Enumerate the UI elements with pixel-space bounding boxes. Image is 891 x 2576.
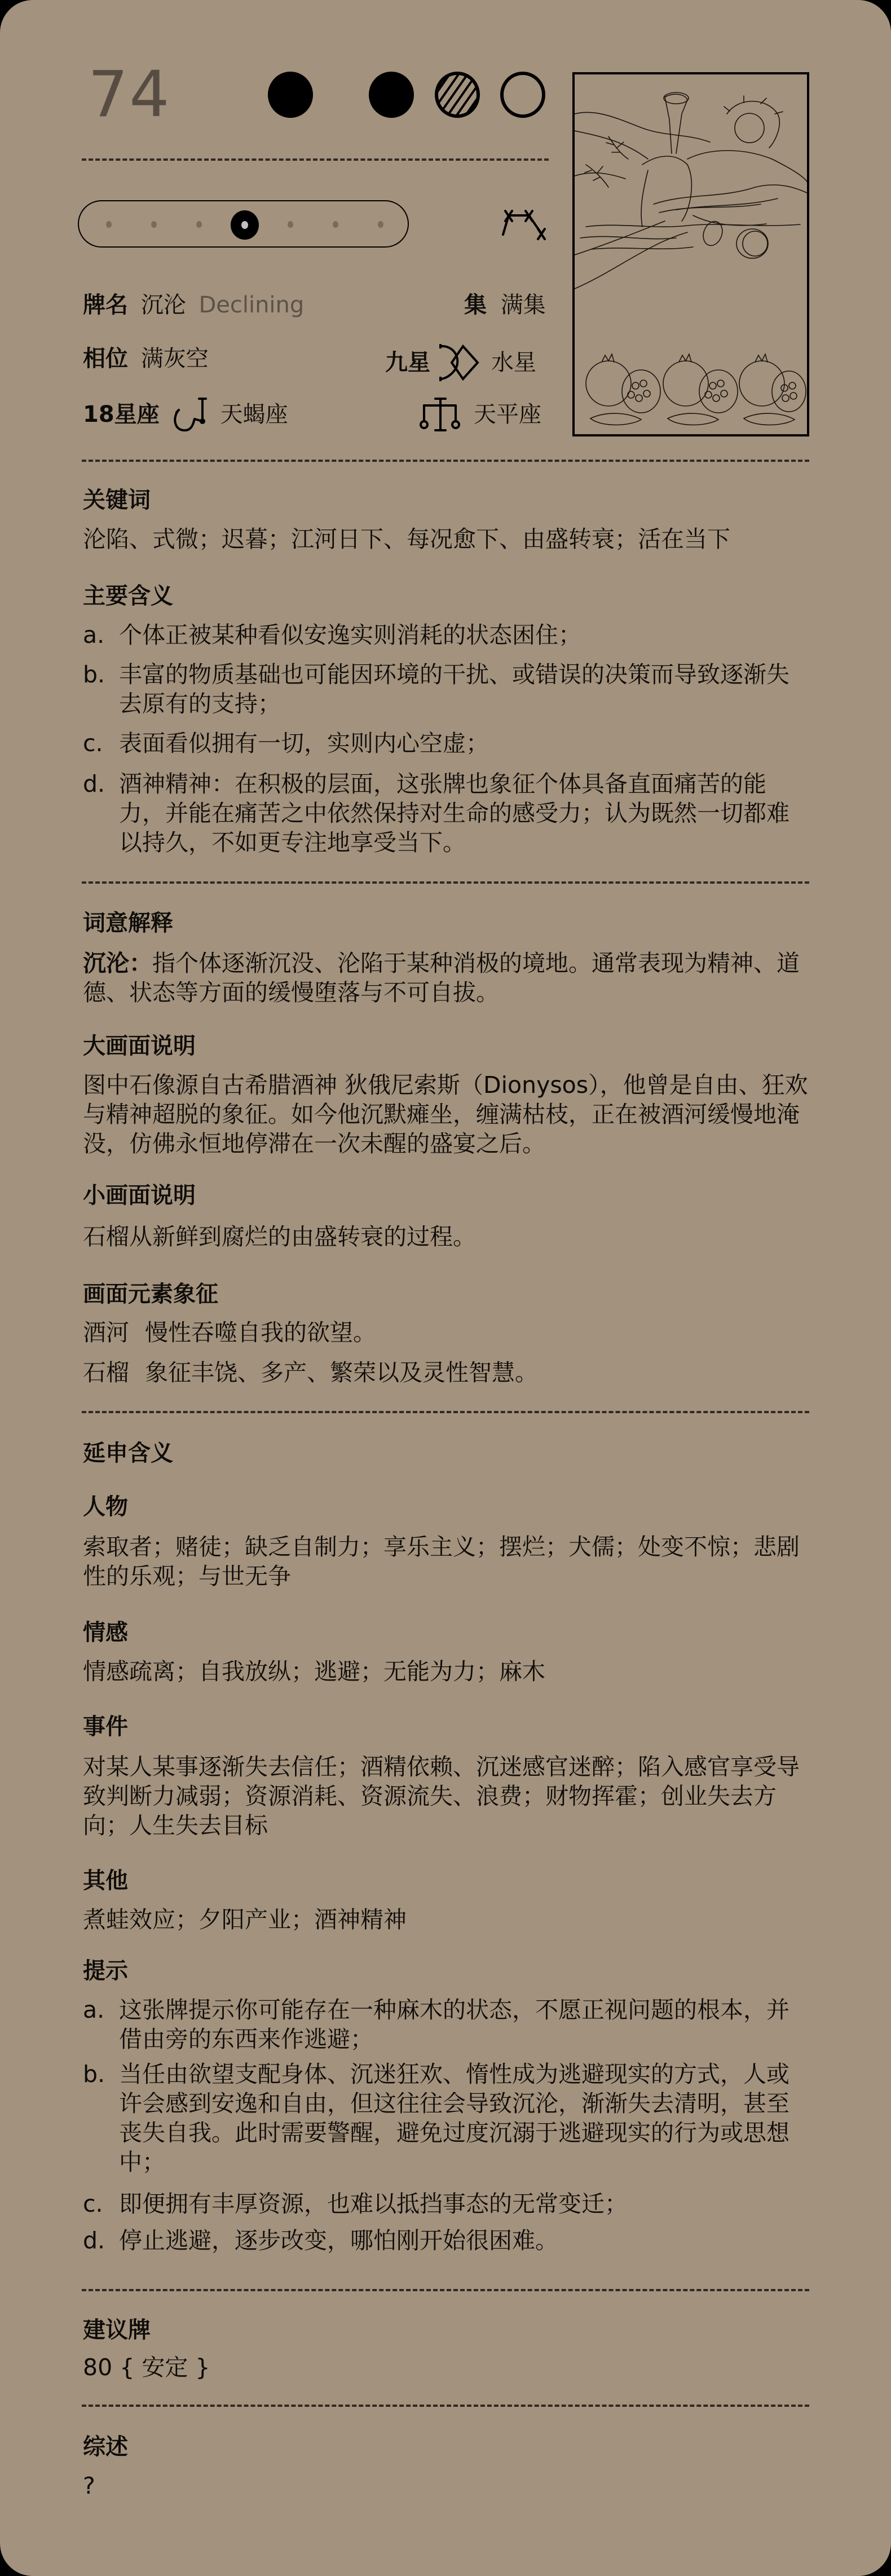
summary-heading: 综述 xyxy=(83,2432,128,2462)
position-slider[interactable] xyxy=(78,200,409,248)
zodiac-value-libra: 天平座 xyxy=(474,399,541,430)
summary-text: ? xyxy=(83,2471,810,2500)
symbols-heading: 画面元素象征 xyxy=(83,1279,218,1309)
list-text: 即便拥有丰厚资源，也难以抵挡事态的无常变迁； xyxy=(119,2190,628,2217)
other-text: 煮蛙效应；夕阳产业；酒神精神 xyxy=(83,1905,810,1934)
scorpio-icon xyxy=(171,396,210,433)
card-name-row: 牌名 沉沦 Declining xyxy=(83,289,304,321)
list-text: 表面看似拥有一切，实则内心空虚； xyxy=(119,730,489,757)
list-marker: a. xyxy=(83,1995,104,2024)
word-meaning-text: 沉沦：指个体逐渐沉没、沦陷于某种消极的境地。通常表现为精神、道德、状态等方面的缓… xyxy=(83,949,810,1007)
slider-dot[interactable] xyxy=(106,221,112,228)
hint-item: d. 停止逃避，逐步改变，哪怕刚开始很困难。 xyxy=(83,2226,810,2255)
list-marker: b. xyxy=(83,660,105,689)
card-name-label: 牌名 xyxy=(83,292,128,318)
small-picture-heading: 小画面说明 xyxy=(83,1180,196,1211)
symbol-term: 酒河 xyxy=(83,1318,145,1347)
divider xyxy=(82,2289,809,2291)
main-meaning-heading: 主要含义 xyxy=(83,581,173,611)
zodiac-value-scorpio: 天蝎座 xyxy=(220,399,288,430)
big-picture-heading: 大画面说明 xyxy=(83,1031,196,1061)
slider-dot[interactable] xyxy=(196,221,202,228)
events-text: 对某人某事逐渐失去信任；酒精依赖、沉迷感官迷醉；陷入感官享受导致判断力减弱；资源… xyxy=(83,1752,810,1840)
advice-card-heading: 建议牌 xyxy=(83,2315,151,2345)
symbol-text: 象征丰饶、多产、繁荣以及灵性智慧。 xyxy=(145,1359,538,1386)
list-text: 丰富的物质基础也可能因环境的干扰、或错误的决策而导致逐渐失去原有的支持； xyxy=(119,661,789,717)
card-name-en: Declining xyxy=(199,292,304,318)
divider xyxy=(82,881,809,884)
hint-item: a. 这张牌提示你可能存在一种麻木的状态，不愿正视问题的根本，并借由旁的东西来作… xyxy=(83,1995,810,2054)
hints-heading: 提示 xyxy=(83,1956,128,1986)
phase-value: 满灰空 xyxy=(141,346,209,372)
keywords-text: 沦陷、式微；迟暮；江河日下、每况愈下、由盛转衰；活在当下 xyxy=(83,524,810,554)
symbol-item: 石榴象征丰饶、多产、繁荣以及灵性智慧。 xyxy=(83,1358,538,1387)
moon-full-icon xyxy=(268,72,313,118)
divider xyxy=(82,158,549,161)
slider-knob[interactable] xyxy=(231,210,259,240)
list-marker: c. xyxy=(83,2189,103,2218)
divider xyxy=(82,460,809,462)
divider xyxy=(82,1411,809,1413)
phase-label: 相位 xyxy=(83,346,128,372)
list-text: 这张牌提示你可能存在一种麻木的状态，不愿正视问题的根本，并借由旁的东西来作逃避； xyxy=(119,1996,789,2053)
slider-dot[interactable] xyxy=(333,221,338,228)
slider-dot[interactable] xyxy=(378,221,383,228)
mercury-icon xyxy=(437,343,481,382)
symbol-term: 石榴 xyxy=(83,1358,145,1387)
moon-empty-icon xyxy=(500,72,545,118)
list-text: 个体正被某种看似安逸实则消耗的状态困住； xyxy=(119,621,581,649)
small-picture-text: 石榴从新鲜到腐烂的由盛转衰的过程。 xyxy=(83,1222,810,1251)
list-text: 停止逃避，逐步改变，哪怕刚开始很困难。 xyxy=(119,2227,558,2254)
set-row: 集 满集 xyxy=(464,289,546,321)
main-meaning-item: a. 个体正被某种看似安逸实则消耗的状态困住； xyxy=(83,620,810,650)
divider xyxy=(82,2405,809,2407)
symbol-item: 酒河慢性吞噬自我的欲望。 xyxy=(83,1318,376,1347)
emotion-heading: 情感 xyxy=(83,1617,128,1648)
main-meaning-item: b. 丰富的物质基础也可能因环境的干扰、或错误的决策而导致逐渐失去原有的支持； xyxy=(83,660,810,718)
extended-heading: 延申含义 xyxy=(83,1438,173,1468)
set-value: 满集 xyxy=(501,292,546,318)
planet-row: 九星 水星 xyxy=(385,343,536,382)
zodiac-row-2: 天平座 xyxy=(418,396,541,433)
planet-label: 九星 xyxy=(385,347,430,378)
card-panel: 74 xyxy=(0,0,891,2576)
constellation-icon xyxy=(496,209,553,242)
main-meaning-item: d. 酒神精神：在积极的层面，这张牌也象征个体具备直面痛苦的能力，并能在痛苦之中… xyxy=(83,769,810,857)
hint-item: b. 当任由欲望支配身体、沉迷狂欢、惰性成为逃避现实的方式，人或许会感到安逸和自… xyxy=(83,2059,810,2177)
list-marker: d. xyxy=(83,769,105,799)
list-text: 酒神精神：在积极的层面，这张牌也象征个体具备直面痛苦的能力，并能在痛苦之中依然保… xyxy=(119,770,789,856)
slider-dot[interactable] xyxy=(288,221,293,228)
events-heading: 事件 xyxy=(83,1712,128,1742)
other-heading: 其他 xyxy=(83,1865,128,1896)
phase-row: 相位 满灰空 xyxy=(83,343,209,374)
word-meaning-heading: 词意解释 xyxy=(83,908,173,938)
big-picture-text: 图中石像源自古希腊酒神 狄俄尼索斯（Dionysos），他曾是自由、狂欢与精神超… xyxy=(83,1070,810,1158)
list-marker: c. xyxy=(83,729,103,758)
emotion-text: 情感疏离；自我放纵；逃避；无能为力；麻木 xyxy=(83,1657,810,1686)
set-label: 集 xyxy=(464,292,487,318)
advice-card-link[interactable]: 80 { 安定 } xyxy=(83,2353,810,2382)
symbol-text: 慢性吞噬自我的欲望。 xyxy=(145,1319,376,1346)
card-name-zh: 沉沦 xyxy=(141,292,186,318)
hint-item: c. 即便拥有丰厚资源，也难以抵挡事态的无常变迁； xyxy=(83,2189,810,2218)
moon-half-icon xyxy=(435,72,480,118)
people-text: 索取者；赌徒；缺乏自制力；享乐主义；摆烂；犬儒；处变不惊；悲剧性的乐观；与世无争 xyxy=(83,1532,810,1591)
list-marker: a. xyxy=(83,620,104,650)
list-marker: d. xyxy=(83,2226,105,2255)
people-heading: 人物 xyxy=(83,1492,128,1522)
slider-dot[interactable] xyxy=(151,221,157,228)
zodiac-row: 18星座 天蝎座 xyxy=(83,396,288,433)
libra-icon xyxy=(418,396,461,433)
list-text: 当任由欲望支配身体、沉迷狂欢、惰性成为逃避现实的方式，人或许会感到安逸和自由，但… xyxy=(119,2061,789,2176)
list-marker: b. xyxy=(83,2059,105,2089)
card-number: 74 xyxy=(88,63,171,126)
planet-value: 水星 xyxy=(491,347,536,378)
keywords-heading: 关键词 xyxy=(83,485,151,515)
word-meaning-body: 指个体逐渐沉没、沦陷于某种消极的境地。通常表现为精神、道德、状态等方面的缓慢堕落… xyxy=(83,950,800,1006)
zodiac-label: 18星座 xyxy=(83,399,160,430)
card-illustration xyxy=(572,72,809,436)
main-meaning-item: c. 表面看似拥有一切，实则内心空虚； xyxy=(83,729,810,758)
word-meaning-term: 沉沦： xyxy=(83,950,152,977)
moon-full-icon xyxy=(369,72,414,118)
